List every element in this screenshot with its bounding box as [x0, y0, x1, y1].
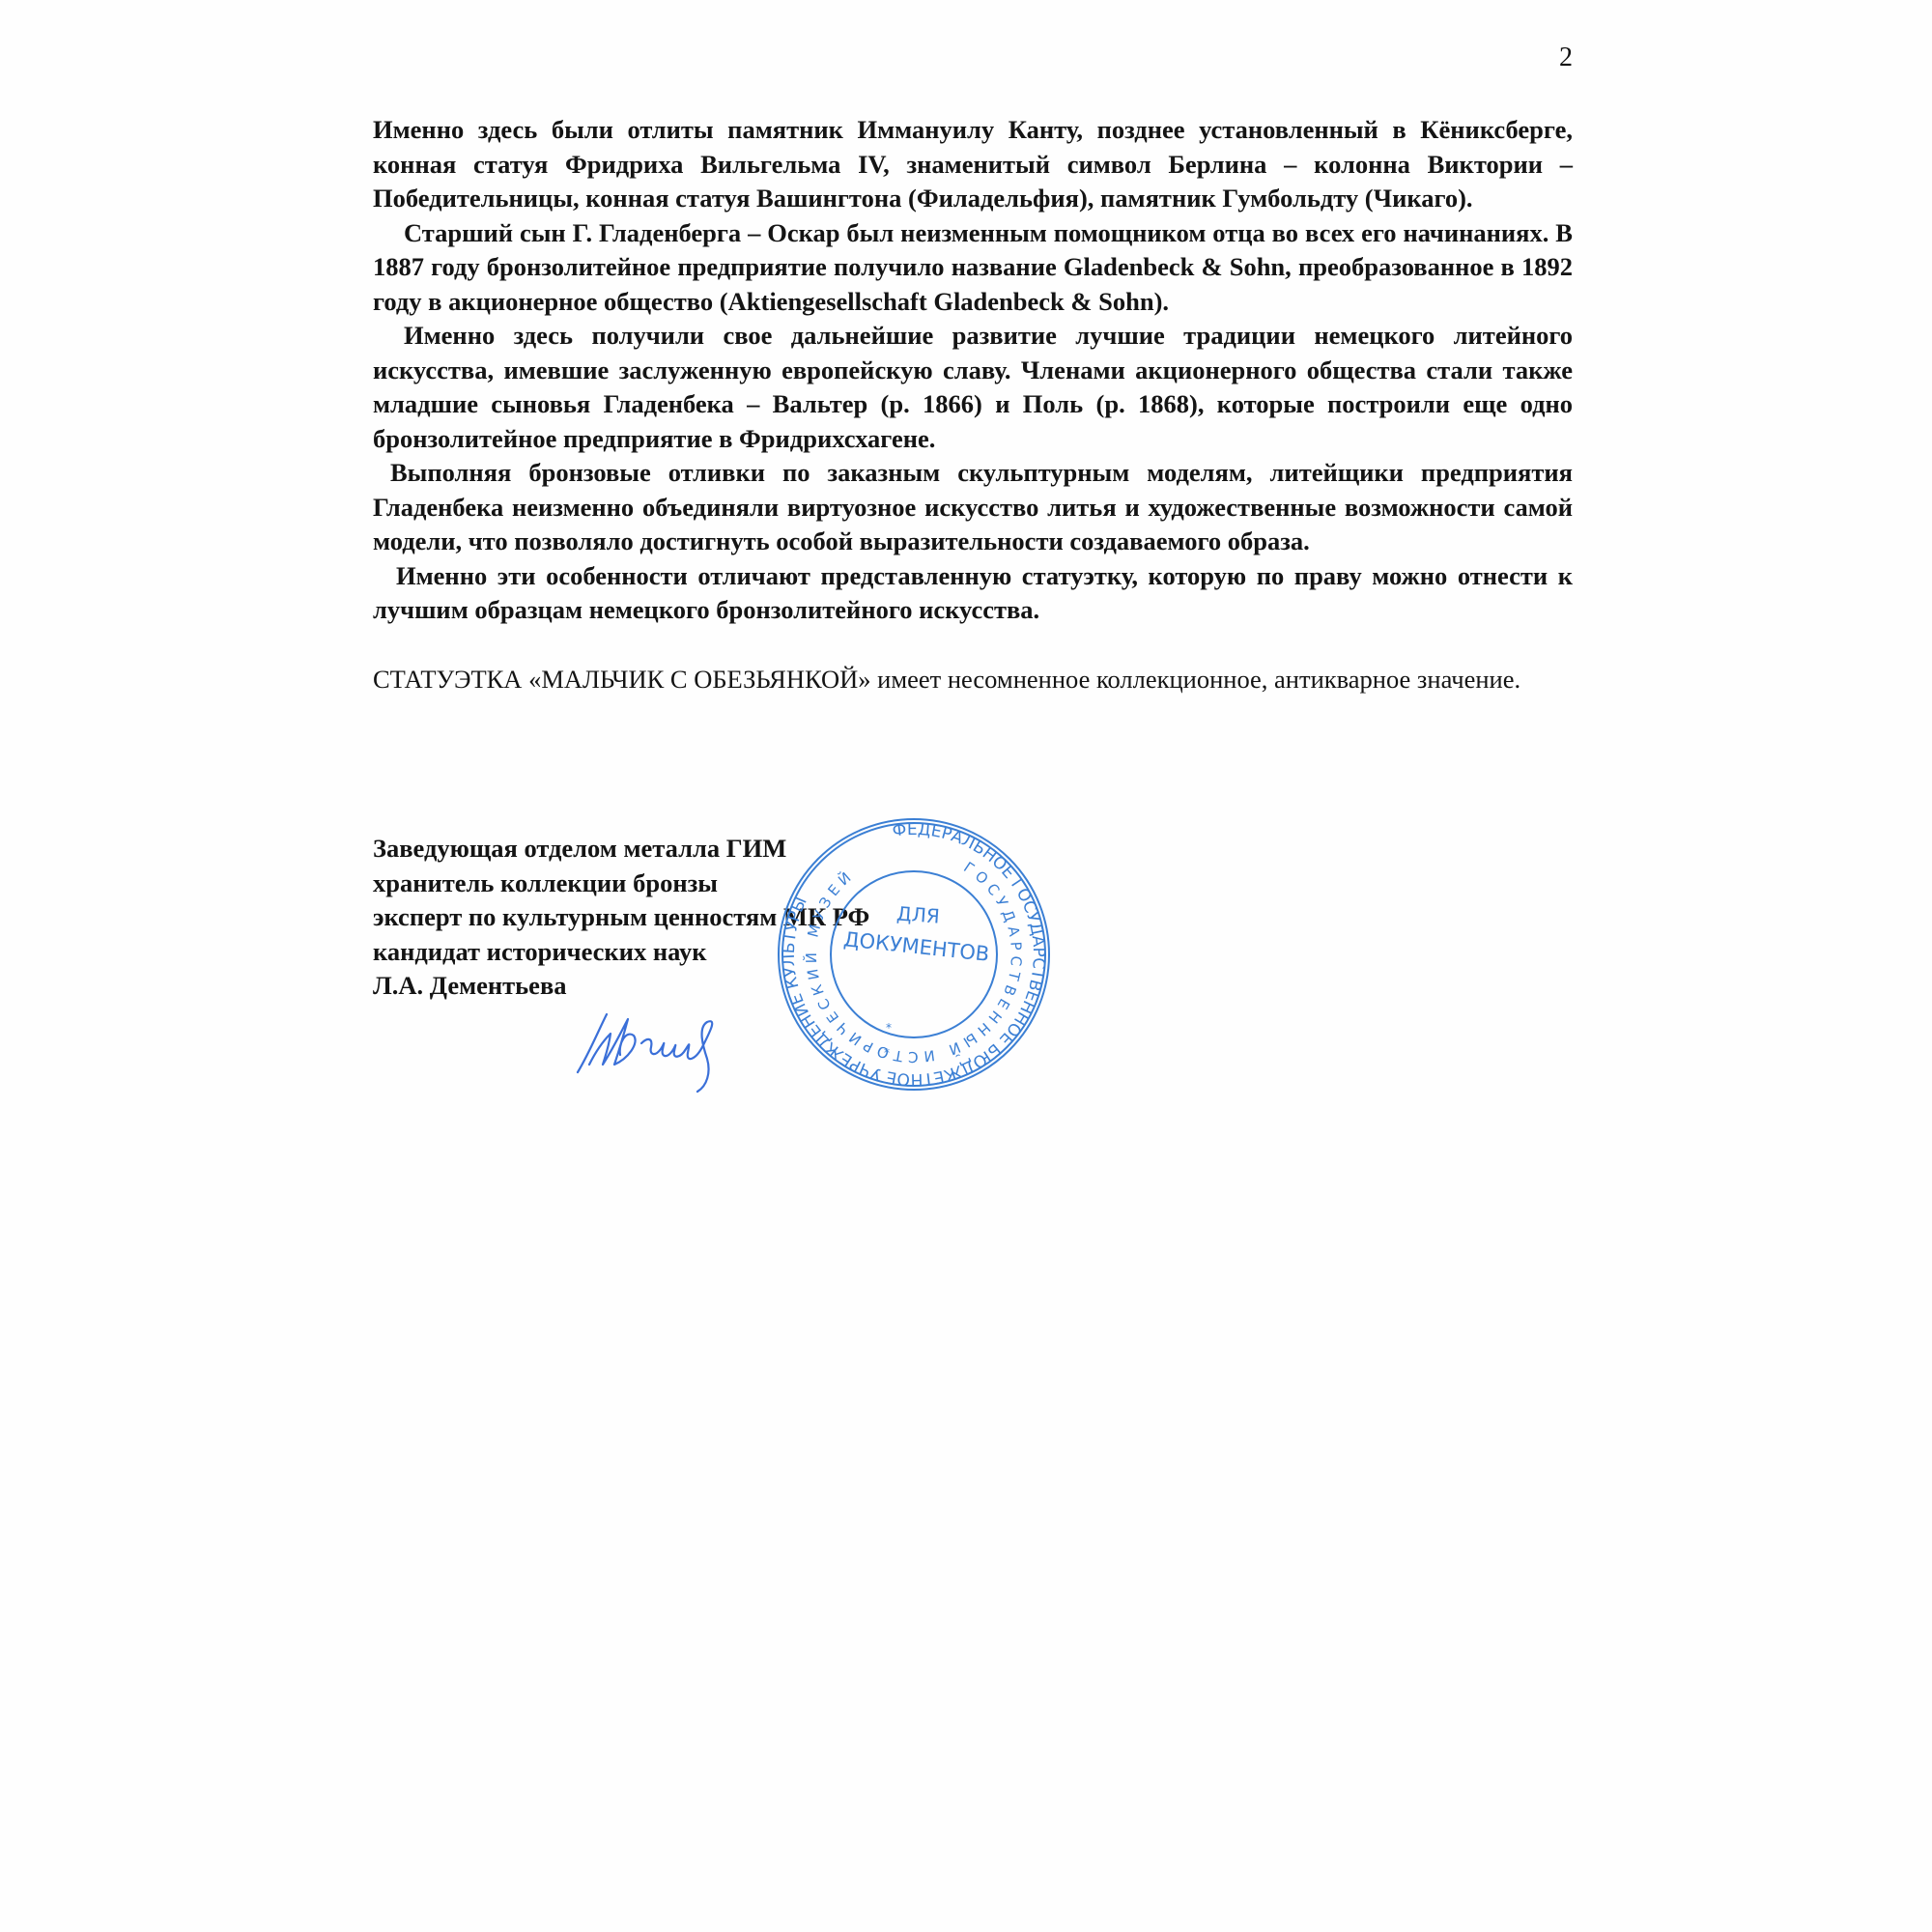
paragraph-monuments: Именно здесь были отлиты памятник Имману… — [373, 113, 1573, 216]
stamp-star-icon: * — [886, 1021, 892, 1035]
paragraph-features: Именно эти особенности отличают представ… — [373, 559, 1573, 628]
page-number: 2 — [1559, 43, 1573, 73]
paragraph-traditions: Именно здесь получили свое дальнейшие ра… — [373, 319, 1573, 456]
paragraph-casting: Выполняя бронзовые отливки по заказным с… — [373, 456, 1573, 559]
document-page: 2 Именно здесь были отлиты памятник Имма… — [0, 0, 1932, 1932]
document-body: Именно здесь были отлиты памятник Имману… — [373, 113, 1573, 696]
stamp-center-line2: ДОКУМЕНТОВ — [842, 927, 990, 966]
conclusion-statement: СТАТУЭТКА «МАЛЬЧИК С ОБЕЗЬЯНКОЙ» имеет н… — [373, 663, 1573, 697]
paragraph-oskar: Старший сын Г. Гладенберга – Оскар был н… — [373, 216, 1573, 320]
official-stamp: ФЕДЕРАЛЬНОЕ ГОСУДАРСТВЕННОЕ БЮДЖЕТНОЕ УЧ… — [773, 813, 1055, 1095]
stamp-star-icon-2: * — [884, 1046, 890, 1060]
stamp-center-line1: ДЛЯ — [895, 901, 940, 927]
handwritten-signature — [560, 1005, 792, 1101]
